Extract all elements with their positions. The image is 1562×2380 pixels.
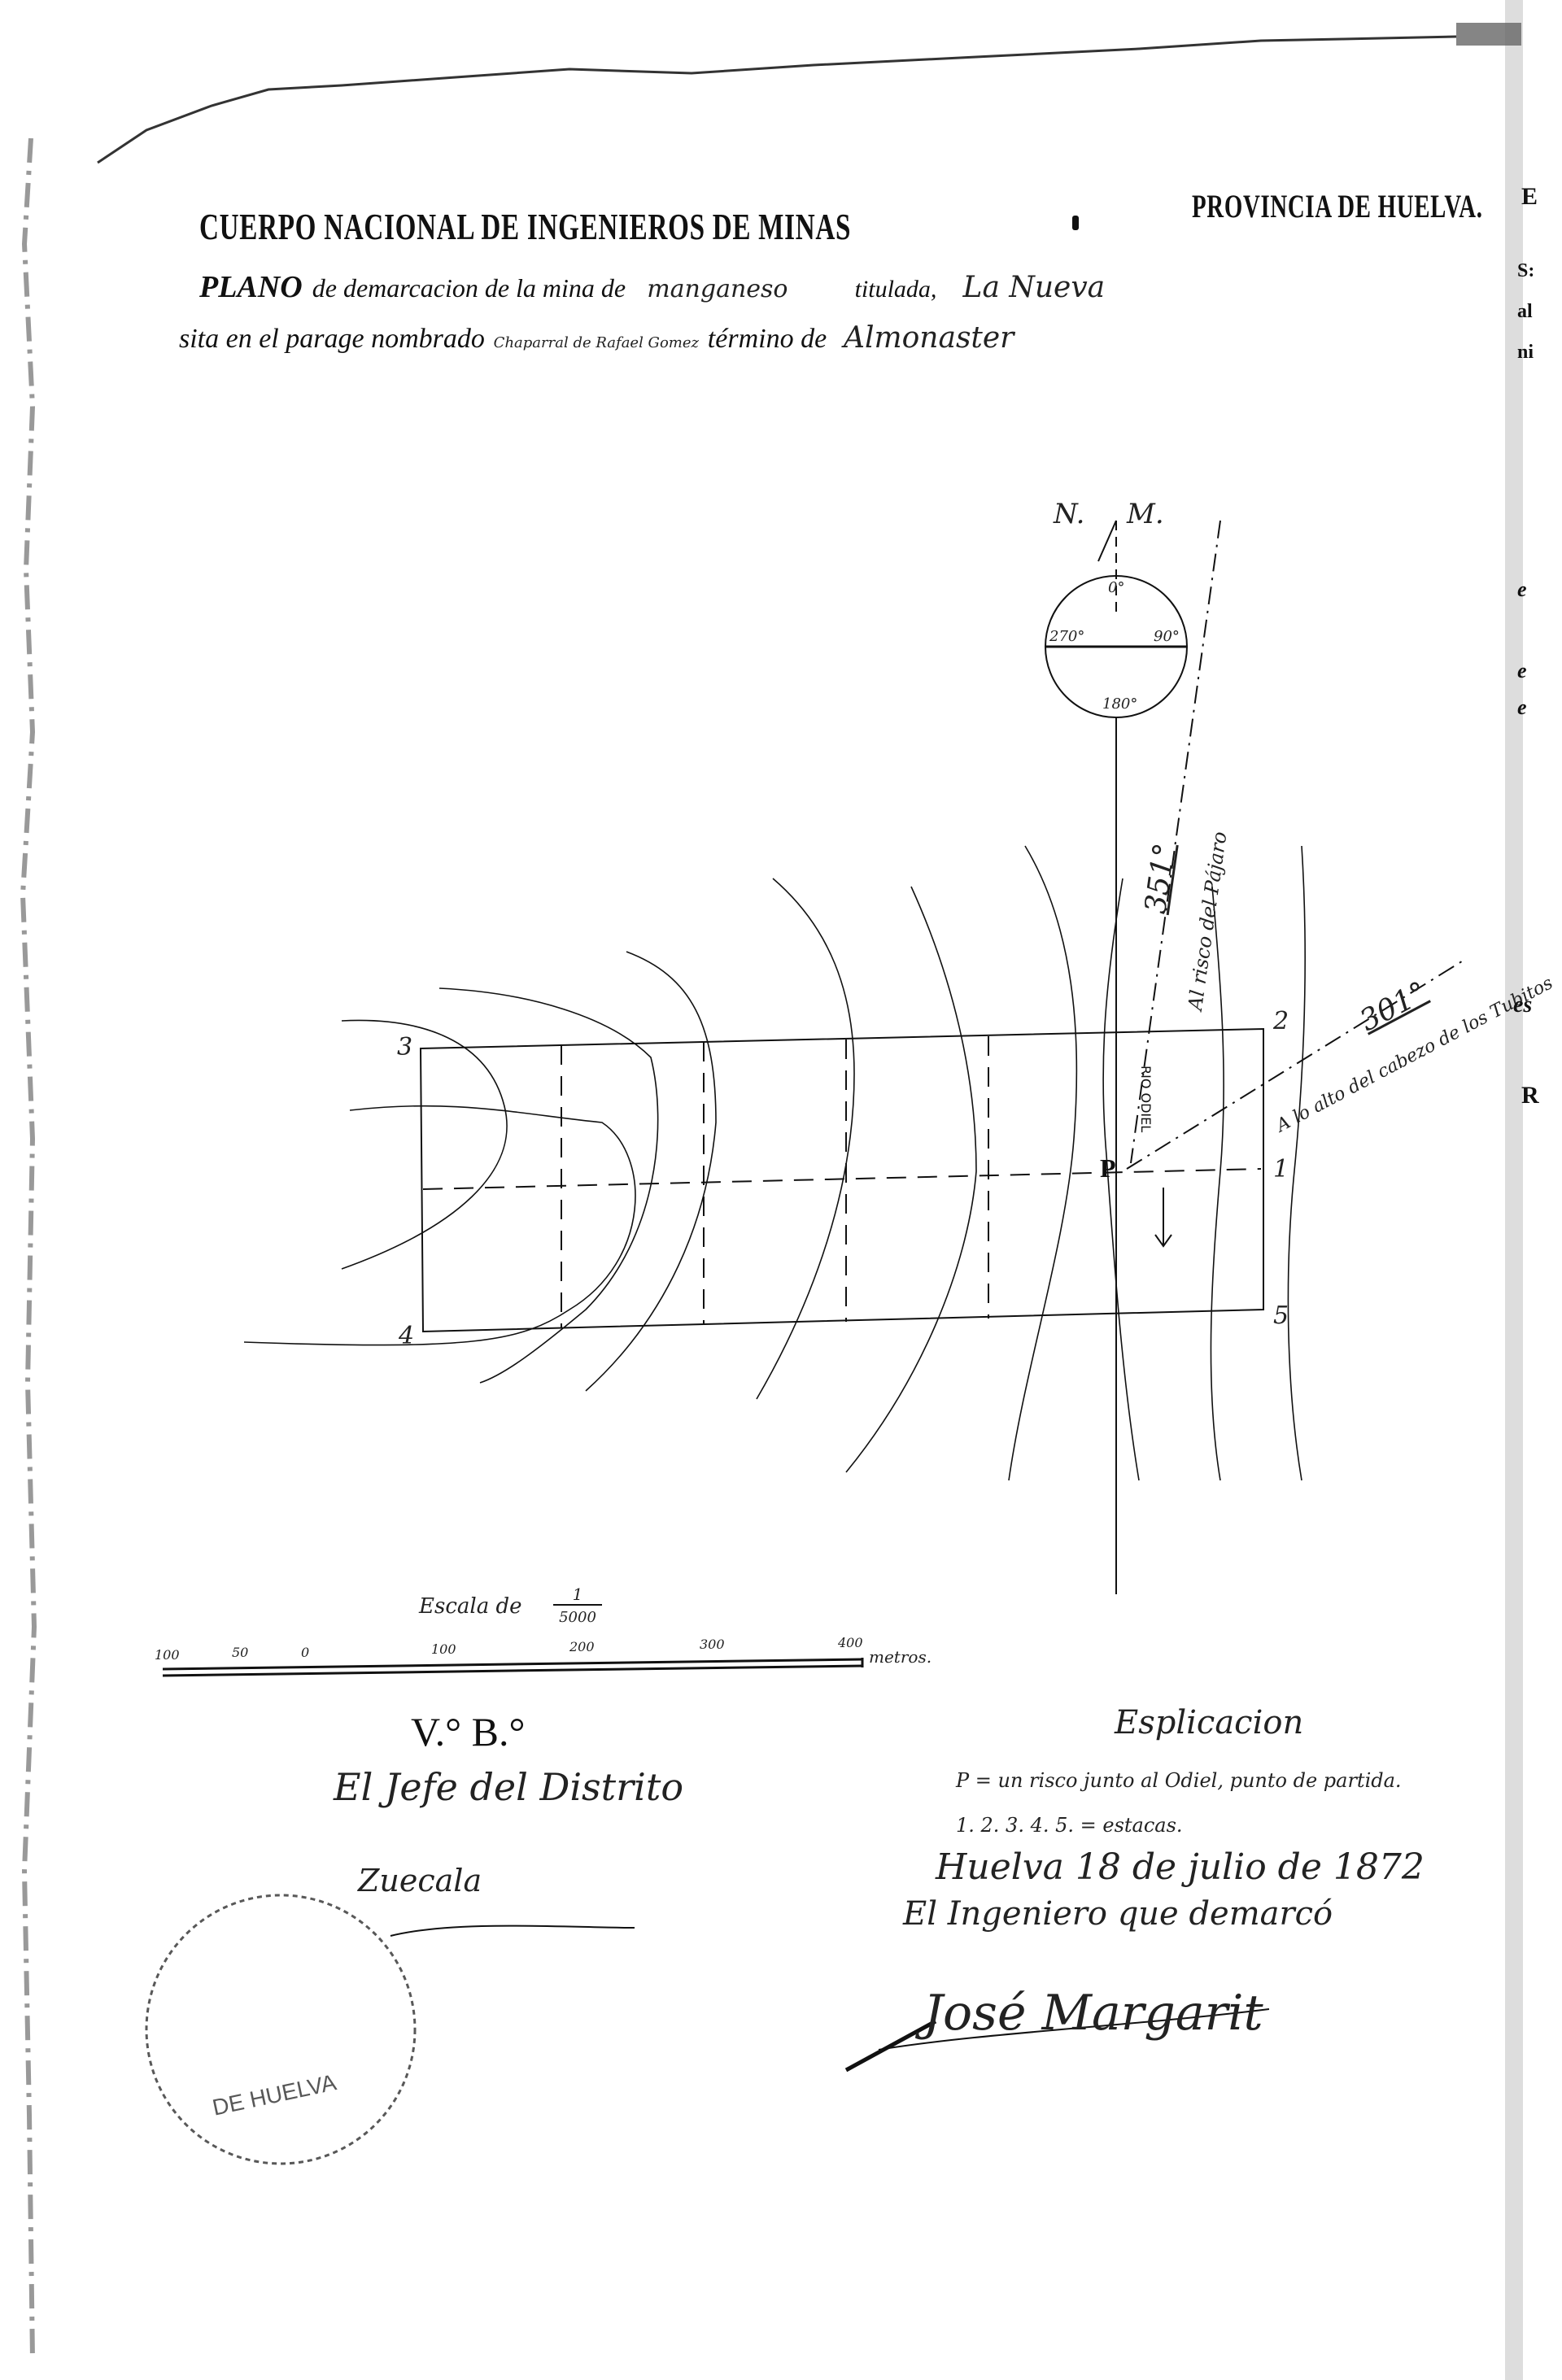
scale-tick-400: 400 [838, 1635, 863, 1650]
compass-deg-left: 270° [1049, 628, 1084, 645]
province-heading: PROVINCIA DE HUELVA. [1192, 187, 1483, 225]
term-label: término de [708, 324, 827, 354]
titled-label: titulada, [855, 276, 937, 303]
mineral-field: manganeso [647, 275, 788, 303]
mine-name-field: La Nueva [963, 271, 1106, 304]
adjacent-fragment: E [1521, 183, 1538, 211]
vobo-heading: V.° B.° [411, 1708, 526, 1755]
location-line: sita en el parage nombrado Chaparral de … [179, 321, 1014, 355]
adjacent-fragment: es [1513, 992, 1532, 1018]
compass-north-label: N. [1054, 498, 1084, 530]
approval-role: El Jefe del Distrito [334, 1765, 683, 1809]
engineer-signature: José Margarit [923, 1985, 1263, 2042]
scale-tick-100-left: 100 [155, 1647, 180, 1663]
plan-description: de demarcacion de la mina de [312, 273, 626, 303]
place-name-field: Chaparral de Rafael Gomez [494, 334, 699, 351]
adjacent-fragment: al [1517, 301, 1533, 323]
location-description: sita en el parage nombrado [179, 324, 485, 354]
river-label: RIO ODIEL [1138, 1066, 1154, 1132]
adjacent-fragment: e [1517, 695, 1527, 720]
vertex-5: 5 [1273, 1301, 1289, 1330]
origin-point-p: P [1100, 1153, 1116, 1183]
plan-title-line: PLANO de demarcacion de la mina de manga… [199, 268, 1105, 305]
scale-numerator: 1 [553, 1584, 602, 1606]
paper-top-edge [98, 37, 1456, 163]
compass-magnetic-label: M. [1127, 498, 1164, 530]
scale-tick-200: 200 [569, 1639, 595, 1654]
scale-tick-300: 300 [700, 1637, 725, 1652]
engineer-role: El Ingeniero que demarcó [903, 1895, 1333, 1933]
adjacent-fragment: ni [1517, 342, 1534, 364]
adjacent-fragment: e [1517, 659, 1527, 683]
date-line: Huelva 18 de julio de 1872 [936, 1846, 1425, 1888]
scale-tick-50: 50 [232, 1645, 248, 1660]
scale-title: Escala de [419, 1594, 522, 1619]
compass-deg-bottom: 180° [1102, 695, 1137, 713]
institution-heading: CUERPO NACIONAL DE INGENIEROS DE MINAS [199, 205, 851, 248]
explanation-title: Esplicacion [1115, 1704, 1303, 1741]
explanation-line-stakes: 1. 2. 3. 4. 5. = estacas. [956, 1814, 1183, 1837]
vertex-4: 4 [399, 1322, 414, 1350]
vertex-3: 3 [397, 1033, 412, 1061]
scale-bar [163, 1658, 862, 1676]
compass-deg-top: 0° [1108, 579, 1124, 596]
scale-denominator: 5000 [553, 1609, 602, 1626]
approval-signature: Zuecala [358, 1863, 482, 1898]
vertex-1: 1 [1273, 1155, 1289, 1183]
plan-label: PLANO [199, 270, 303, 304]
seal-ring [146, 1895, 415, 2164]
adjacent-fragment: S: [1517, 260, 1534, 282]
explanation-line-p: P = un risco junto al Odiel, punto de pa… [956, 1769, 1402, 1792]
scale-tick-100: 100 [431, 1641, 456, 1657]
scale-tick-0: 0 [301, 1645, 309, 1660]
ink-dot [1072, 216, 1079, 230]
vertex-2: 2 [1273, 1007, 1289, 1035]
scale-unit: metros. [869, 1647, 932, 1667]
compass-deg-right: 90° [1154, 628, 1180, 645]
demarcation-rectangle [421, 1029, 1263, 1332]
adjacent-fragment: e [1517, 578, 1527, 602]
municipality-field: Almonaster [844, 321, 1014, 355]
adjacent-fragment: R [1521, 1082, 1539, 1109]
map-drawing [0, 0, 1562, 2380]
